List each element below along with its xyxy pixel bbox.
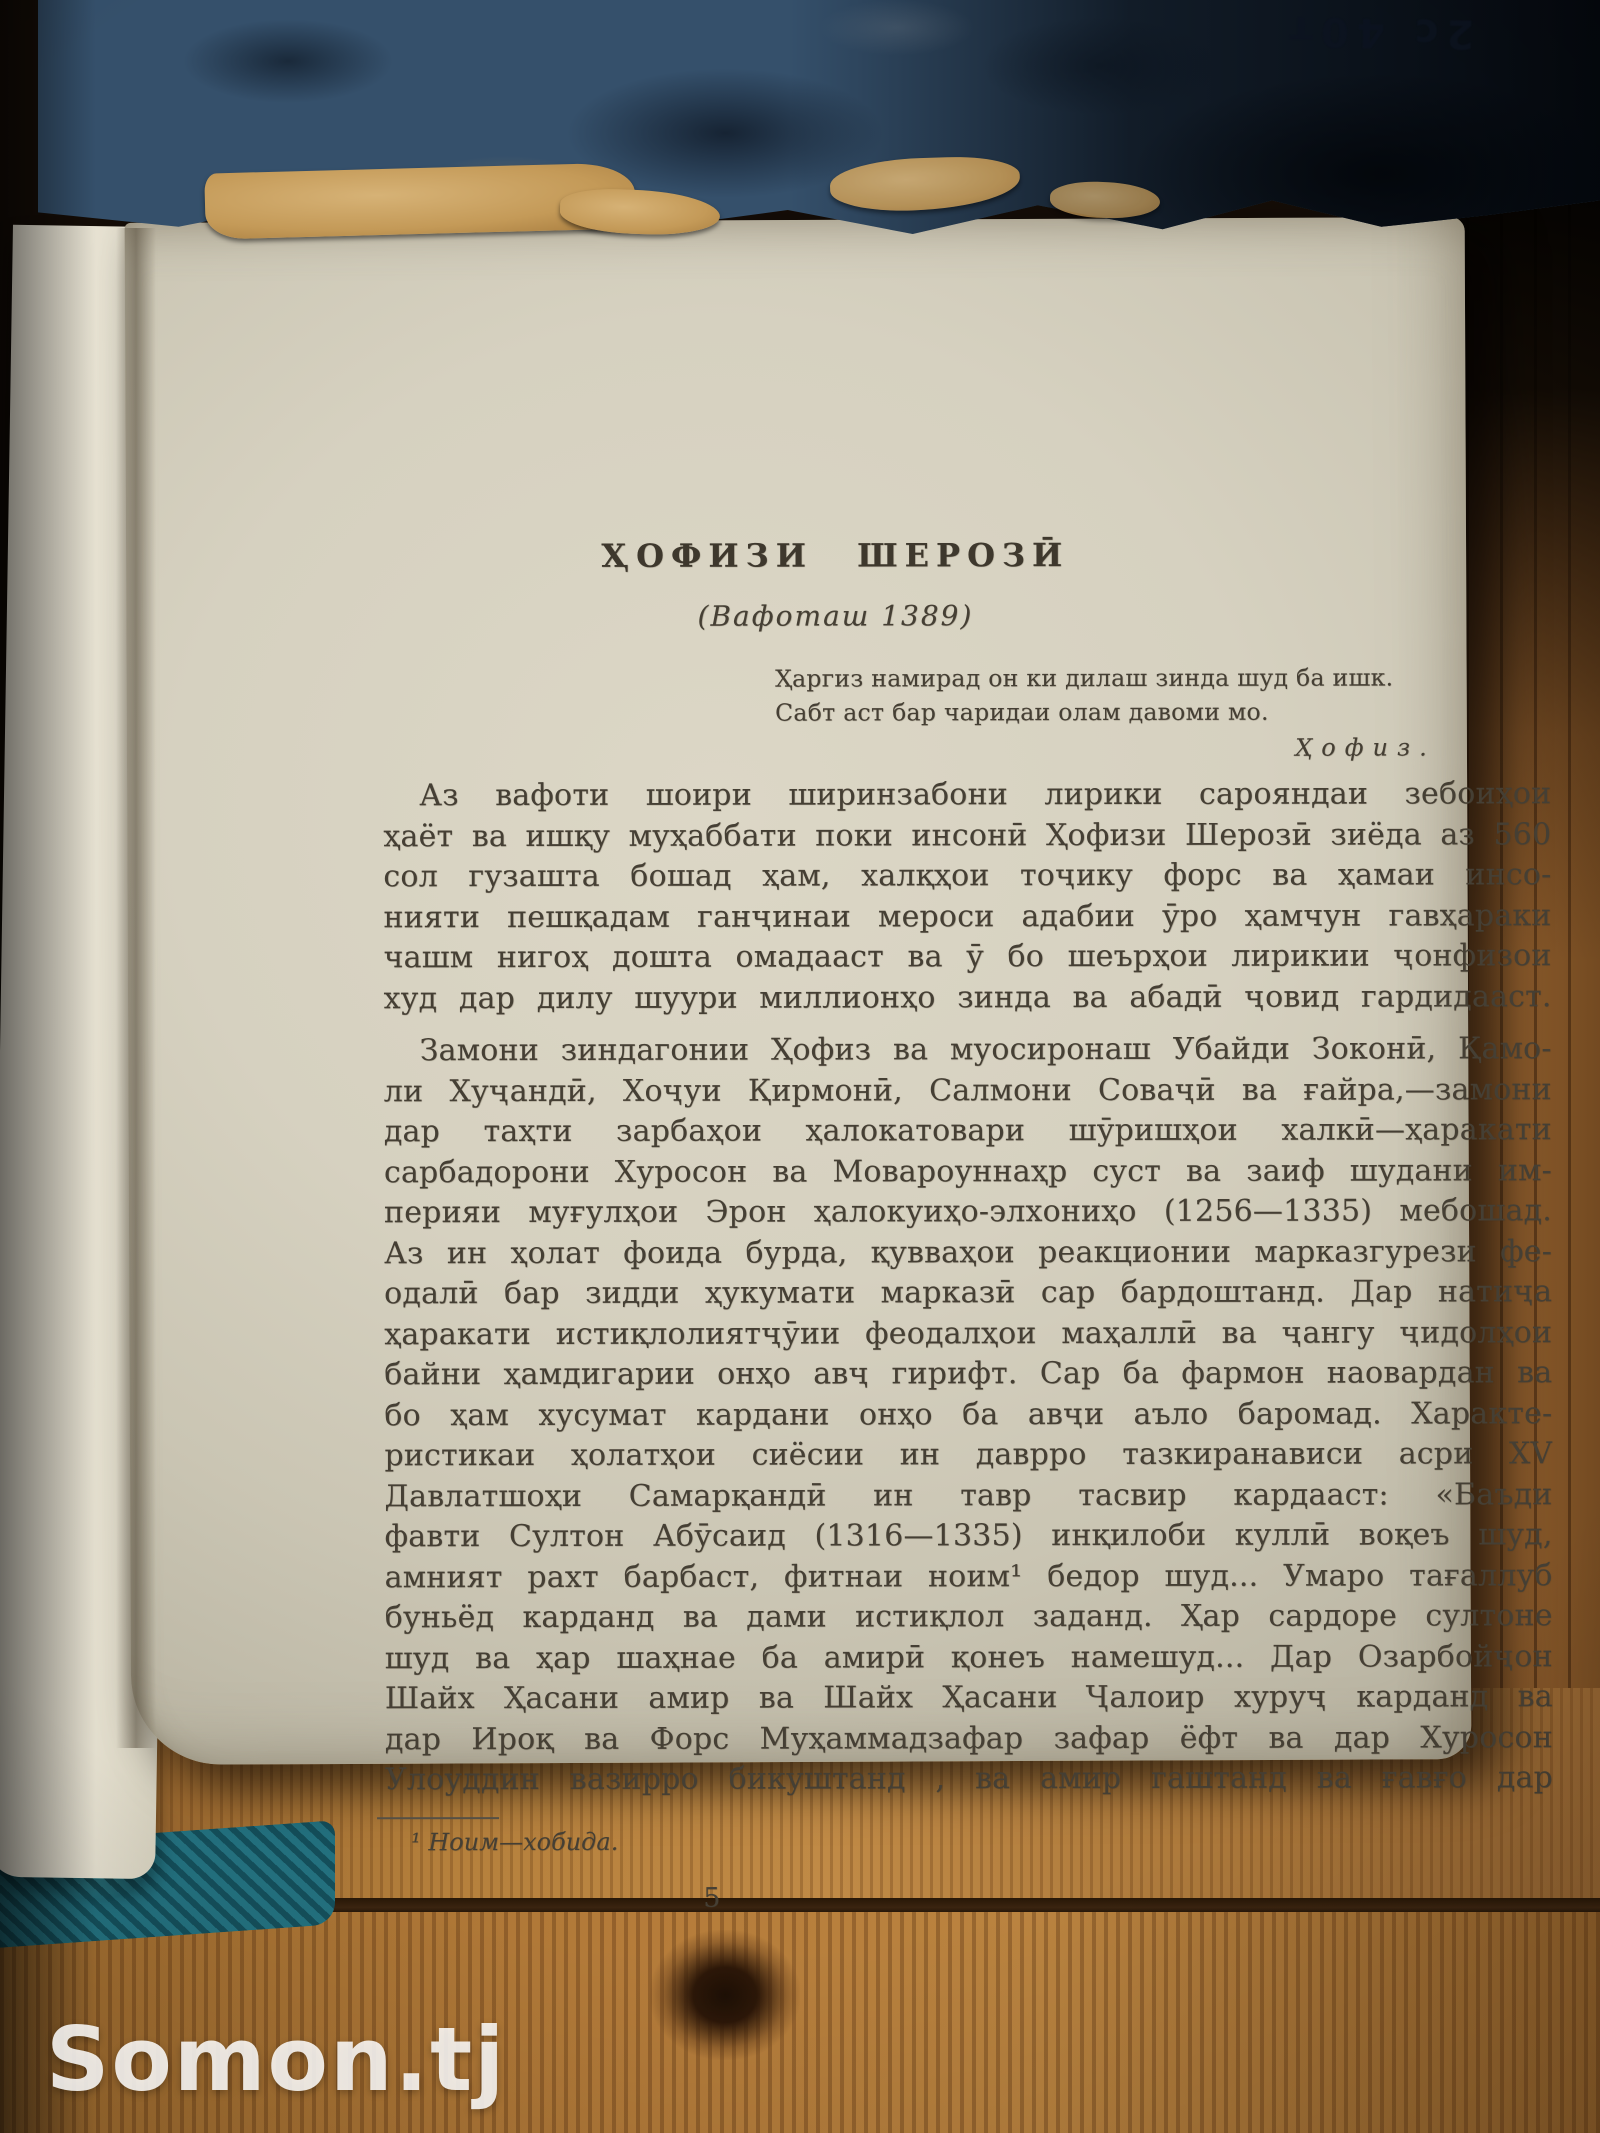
page-title: ҲОФИЗИ ШЕРОЗӢ bbox=[383, 537, 1288, 575]
text-line: сол гузашта бошад ҳам, халқҳои тоҷику фо… bbox=[383, 855, 1551, 898]
page-subtitle: (Вафоташ 1389) bbox=[383, 599, 1288, 635]
text-line: Давлатшоҳи Самарқандӣ ин тавр тасвир кар… bbox=[384, 1475, 1552, 1518]
wood-knot bbox=[650, 1930, 800, 2060]
epigraph-attribution: Ҳофиз. bbox=[1295, 732, 1551, 762]
footnote-rule bbox=[377, 1817, 499, 1819]
text-line: ҳаёт ва ишқу муҳаббати поки инсонӣ Ҳофиз… bbox=[383, 815, 1551, 858]
text-line: Шайх Ҳасани амир ва Шайх Ҳасани Ҷалоир х… bbox=[385, 1677, 1553, 1720]
text-line: фавти Султон Абӯсаид (1316—1335) инқилоб… bbox=[385, 1515, 1553, 1558]
footnote: ¹ Ноим—хобида. bbox=[411, 1825, 1553, 1857]
text-line: Ҳаргиз намирад он ки дилаш зинда шуд ба … bbox=[775, 660, 1551, 695]
epigraph: Ҳаргиз намирад он ки дилаш зинда шуд ба … bbox=[775, 660, 1551, 729]
text-line: шуд ва ҳар шаҳнае ба амирӣ қонеъ намешуд… bbox=[385, 1637, 1553, 1680]
text-line: Аз вафоти шоири ширинзабони лирики сароя… bbox=[383, 774, 1551, 817]
text-line: дар таҳти зарбаҳои ҳалокатовари шӯришҳои… bbox=[384, 1110, 1552, 1153]
text-line: ристикаи ҳолатҳои сиёсии ин даврро тазки… bbox=[384, 1434, 1552, 1477]
text-line: перияи муғулҳои Эрон ҳалокуиҳо-элхониҳо … bbox=[384, 1191, 1552, 1234]
page-text-block: ҲОФИЗИ ШЕРОЗӢ (Вафоташ 1389) Ҳаргиз нами… bbox=[383, 536, 1553, 1914]
page-gutter-shadow bbox=[116, 228, 156, 1748]
book-page: ҲОФИЗИ ШЕРОЗӢ (Вафоташ 1389) Ҳаргиз нами… bbox=[125, 217, 1472, 1765]
text-line: байни ҳамдигарии онҳо авҷ гирифт. Сар ба… bbox=[384, 1353, 1552, 1396]
text-line: бо ҳам хусумат кардани онҳо ба авҷи аъло… bbox=[384, 1394, 1552, 1437]
page-number: 5 bbox=[703, 1881, 1553, 1913]
text-line: ҳаракати истиқлолиятҷӯии феодалҳои маҳал… bbox=[384, 1313, 1552, 1356]
text-line: амният рахт барбаст, фитнаи ноим¹ бедор … bbox=[385, 1556, 1553, 1599]
text-line: худ дар дилу шуури миллионҳо зинда ва аб… bbox=[384, 977, 1552, 1020]
text-line: буньёд карданд ва дами истиқлол заданд. … bbox=[385, 1596, 1553, 1639]
text-line: ли Хуҷандӣ, Хоҷуи Қирмонӣ, Салмони Соваҷ… bbox=[384, 1070, 1552, 1113]
paragraph-1: Аз вафоти шоири ширинзабони лирики сароя… bbox=[383, 774, 1551, 1019]
text-line: Аз ин ҳолат фоида бурда, қувваҳои реакци… bbox=[384, 1232, 1552, 1275]
text-line: сарбадорони Хуросон ва Мовароуннаҳр суст… bbox=[384, 1151, 1552, 1194]
book-cloth-spine bbox=[36, 0, 206, 224]
text-line: Сабт аст бар чаридаи олам давоми мо. bbox=[775, 694, 1551, 729]
text-line: одалӣ бар зидди ҳукумати марказӣ сар бар… bbox=[384, 1272, 1552, 1315]
text-line: Улоуддин вазирро бикуштанд , ва амир гаш… bbox=[385, 1758, 1553, 1801]
text-line: Замони зиндагонии Ҳофиз ва муосиронаш Уб… bbox=[384, 1029, 1552, 1072]
cover-marking: 2с 40т bbox=[1267, 0, 1488, 66]
book-photo-scene: ҲОФИЗИ ШЕРОЗӢ (Вафоташ 1389) Ҳаргиз нами… bbox=[0, 0, 1600, 2133]
text-line: чашм нигоҳ дошта омадааст ва ӯ бо шеърҳо… bbox=[384, 936, 1552, 979]
paragraph-2: Замони зиндагонии Ҳофиз ва муосиронаш Уб… bbox=[384, 1029, 1553, 1801]
text-line: дар Ироқ ва Форс Муҳаммадзафар зафар ёфт… bbox=[385, 1718, 1553, 1761]
text-line: нияти пешқадам ганҷинаи мероси адабии ӯр… bbox=[383, 896, 1551, 939]
watermark: Somon.tj bbox=[46, 2008, 506, 2111]
